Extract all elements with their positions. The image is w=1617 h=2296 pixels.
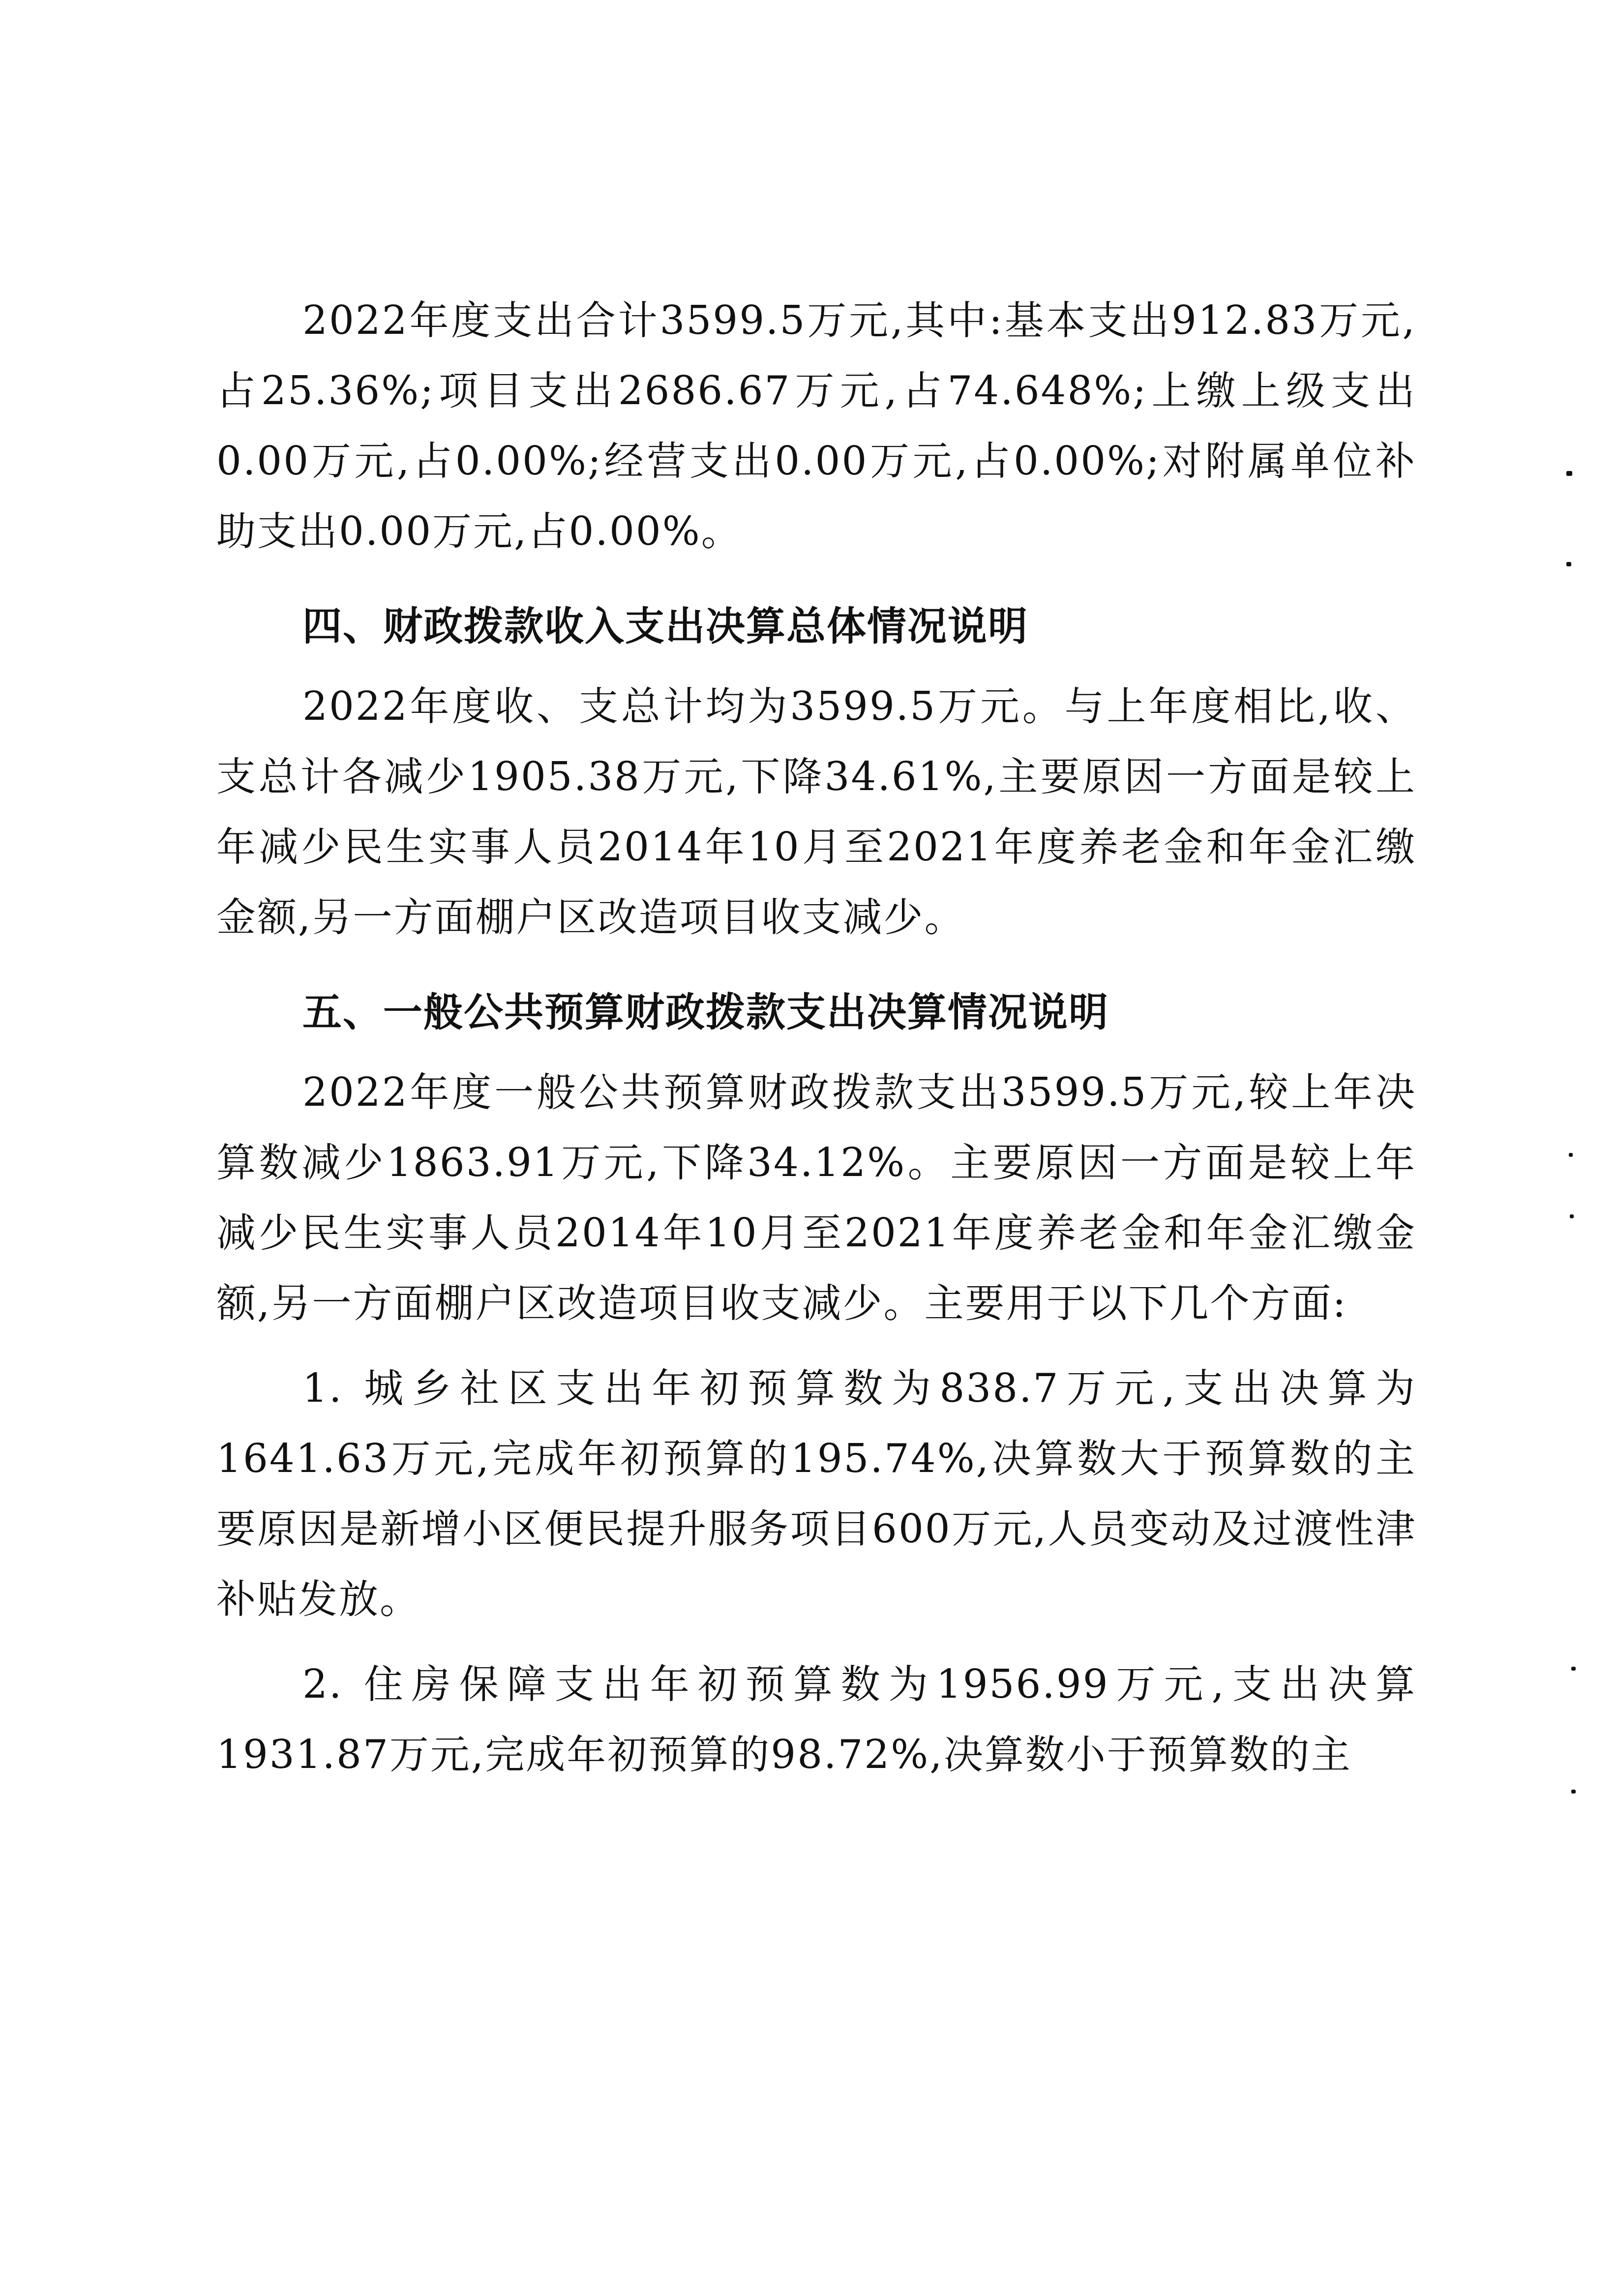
heading-section-4: 四、财政拨款收入支出决算总体情况说明 bbox=[216, 581, 1416, 671]
scan-speck bbox=[1571, 1790, 1576, 1794]
spacer bbox=[216, 952, 1416, 967]
paragraph-fiscal-overview: 2022年度收、支总计均为3599.5万元。与上年度相比,收、支总计各减少190… bbox=[216, 671, 1416, 952]
paragraph-expenditure-summary: 2022年度支出合计3599.5万元,其中:基本支出912.83万元,占25.3… bbox=[216, 285, 1416, 566]
spacer bbox=[216, 566, 1416, 581]
spacer bbox=[216, 1634, 1416, 1649]
paragraph-item-2-housing: 2. 住房保障支出年初预算数为1956.99万元,支出决算1931.87万元,完… bbox=[216, 1649, 1416, 1790]
scan-speck bbox=[1571, 1667, 1576, 1671]
scan-speck bbox=[1569, 1153, 1573, 1157]
scan-speck bbox=[1570, 1214, 1574, 1218]
scan-speck bbox=[1566, 471, 1572, 476]
heading-section-5: 五、一般公共预算财政拨款支出决算情况说明 bbox=[216, 967, 1416, 1057]
document-page: 2022年度支出合计3599.5万元,其中:基本支出912.83万元,占25.3… bbox=[0, 0, 1617, 2296]
paragraph-general-budget: 2022年度一般公共预算财政拨款支出3599.5万元,较上年决算数减少1863.… bbox=[216, 1057, 1416, 1338]
spacer bbox=[216, 1338, 1416, 1353]
paragraph-item-1-urban-rural: 1. 城乡社区支出年初预算数为838.7万元,支出决算为1641.63万元,完成… bbox=[216, 1353, 1416, 1634]
scan-speck bbox=[1566, 562, 1571, 566]
document-body: 2022年度支出合计3599.5万元,其中:基本支出912.83万元,占25.3… bbox=[216, 285, 1416, 1790]
